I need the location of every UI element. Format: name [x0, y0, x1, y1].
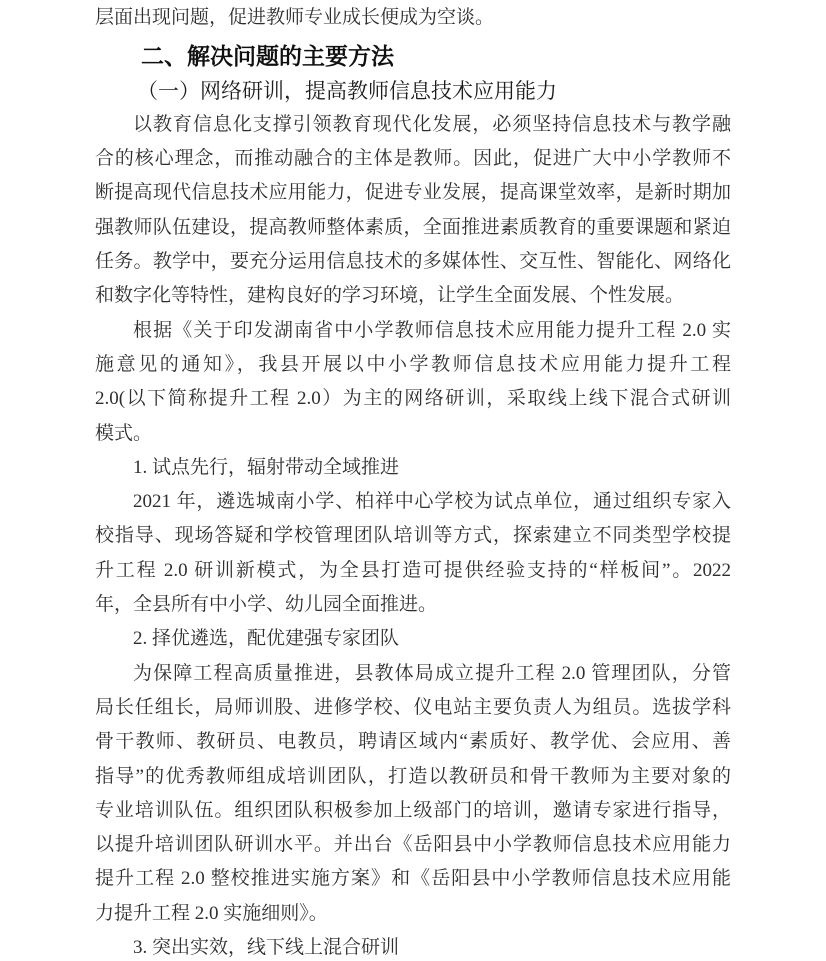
- text-line: 任务。教学中，要充分运用信息技术的多媒体性、交互性、智能化、网络化: [95, 245, 731, 279]
- text-line: 2. 择优遴选，配优建强专家团队: [95, 622, 731, 656]
- text-line: 指导”的优秀教师组成培训团队，打造以教研员和骨干教师为主要对象的: [95, 760, 731, 794]
- text-line: 层面出现问题，促进教师专业成长便成为空谈。: [95, 1, 731, 35]
- text-line: 以提升培训团队研训水平。并出台《岳阳县中小学教师信息技术应用能力: [95, 828, 731, 862]
- text-line: 强教师队伍建设，提高教师整体素质，全面推进素质教育的重要课题和紧迫: [95, 211, 731, 245]
- text-line: 2.0(以下简称提升工程 2.0）为主的网络研训，采取线上线下混合式研训: [95, 382, 731, 416]
- text-line: 局长任组长，局师训股、进修学校、仪电站主要负责人为组员。选拔学科: [95, 691, 731, 725]
- subsection-heading: （一）网络研训，提高教师信息技术应用能力: [95, 74, 731, 108]
- text-line: 力提升工程 2.0 实施细则》。: [95, 897, 731, 931]
- text-line: 2021 年，遴选城南小学、柏祥中心学校为试点单位，通过组织专家入: [95, 485, 731, 519]
- text-line: 根据《关于印发湖南省中小学教师信息技术应用能力提升工程 2.0 实: [95, 314, 731, 348]
- text-line: 提升工程 2.0 整校推进实施方案》和《岳阳县中小学教师信息技术应用能: [95, 862, 731, 896]
- text-line: 骨干教师、教研员、电教员，聘请区域内“素质好、教学优、会应用、善: [95, 725, 731, 759]
- document-page: 层面出现问题，促进教师专业成长便成为空谈。二、解决问题的主要方法（一）网络研训，…: [95, 0, 731, 961]
- text-line: 专业培训队伍。组织团队积极参加上级部门的培训，邀请专家进行指导，: [95, 794, 731, 828]
- text-line: 断提高现代信息技术应用能力，促进专业发展，提高课堂效率，是新时期加: [95, 176, 731, 210]
- text-line: 校指导、现场答疑和学校管理团队培训等方式，探索建立不同类型学校提: [95, 519, 731, 553]
- text-line: 模式。: [95, 417, 731, 451]
- text-line: 年，全县所有中小学、幼儿园全面推进。: [95, 588, 731, 622]
- text-line: 以教育信息化支撑引领教育现代化发展，必须坚持信息技术与教学融: [95, 108, 731, 142]
- text-line: 1. 试点先行，辐射带动全域推进: [95, 451, 731, 485]
- text-line: 3. 突出实效，线下线上混合研训: [95, 931, 731, 961]
- text-line: 合的核心理念，而推动融合的主体是教师。因此，促进广大中小学教师不: [95, 142, 731, 176]
- text-line: 和数字化等特性，建构良好的学习环境，让学生全面发展、个性发展。: [95, 279, 731, 313]
- text-line: 为保障工程高质量推进，县教体局成立提升工程 2.0 管理团队，分管: [95, 657, 731, 691]
- text-line: 升工程 2.0 研训新模式，为全县打造可提供经验支持的“样板间”。2022: [95, 554, 731, 588]
- section-heading: 二、解决问题的主要方法: [95, 39, 731, 73]
- text-line: 施意见的通知》，我县开展以中小学教师信息技术应用能力提升工程: [95, 348, 731, 382]
